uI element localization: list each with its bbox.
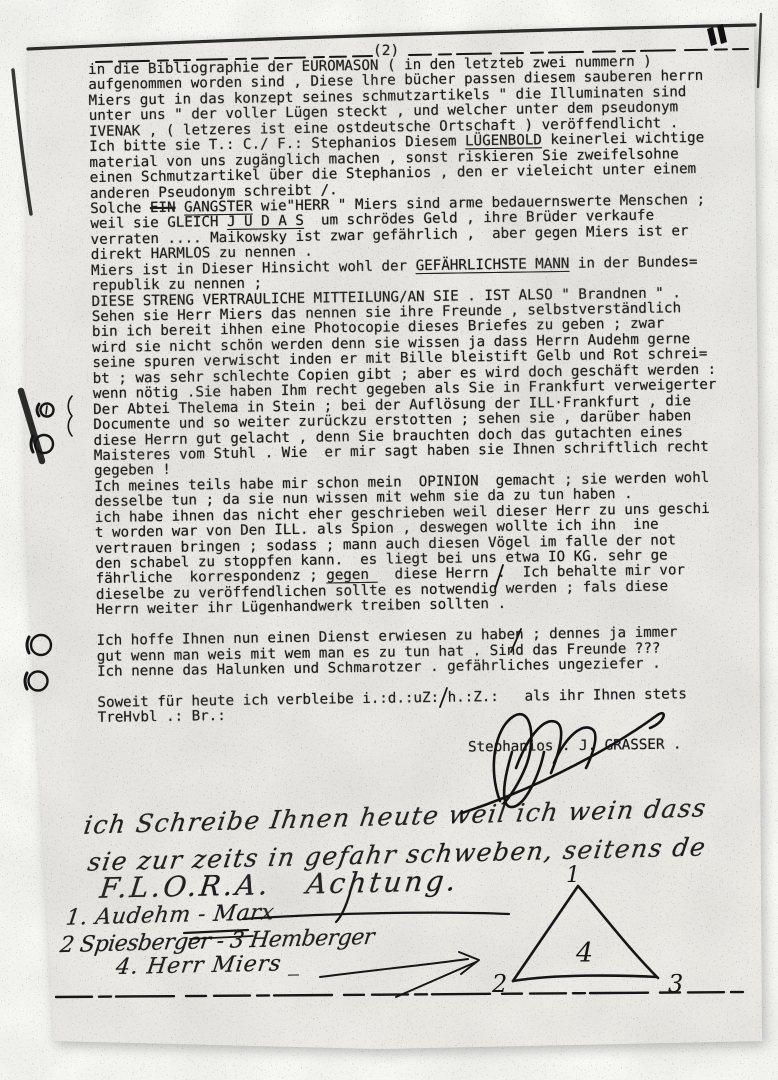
typed-text-block: in die Bibliographie der EUROMASON ( in … — [88, 53, 758, 727]
handwritten-list-item-3: 4. Herr Miers _ — [114, 951, 303, 980]
scanned-letter: (2) in die Bibliographie der EUROMASON (… — [0, 0, 778, 1080]
handwritten-line-1: ich Schreibe Ihnen heute weil ich wein d… — [82, 793, 709, 840]
paper-sheet: (2) in die Bibliographie der EUROMASON (… — [0, 0, 778, 1080]
typed-signature-name: Stephanios . J. GRASSER . — [468, 737, 682, 756]
handwritten-list-item-1: 1. Audehm - Marx — [64, 900, 275, 931]
handwritten-line-flora: F.L.O.R.A. Achtung. — [98, 864, 460, 905]
